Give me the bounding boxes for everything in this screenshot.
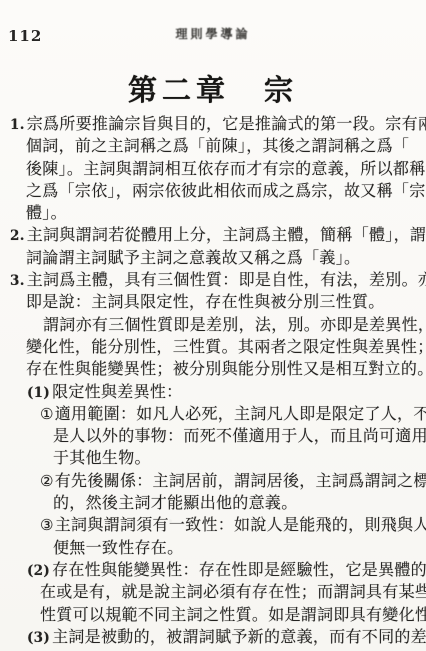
line-text: 變化性，能分別性，三性質。其兩者之限定性與差異性；: [26, 337, 426, 356]
line-text: 存在性與能變異性：存在性即是經驗性，它是異體的存: [52, 560, 426, 579]
text-line: ③主詞與謂詞須有一致性：如說人是能飛的，則飛與人: [0, 514, 422, 536]
line-text: 謂詞亦有三個性質即是差別，法，別。亦即是差異性，: [43, 315, 426, 334]
line-text: 主詞爲主體，具有三個性質：即是自性，有法，差別。亦: [27, 270, 426, 289]
text-line: 存在性與能變異性；被分別與能分別性又是相互對立的。: [0, 358, 422, 380]
line-text: 主詞是被動的，被謂詞賦予新的意義，而有不同的差別: [52, 627, 426, 646]
list-marker: 2.: [10, 228, 25, 244]
text-line: 個詞，前之主詞稱之爲「前陳」，其後之謂詞稱之爲「: [0, 135, 422, 157]
line-text: 便無一致性存在。: [53, 538, 183, 557]
line-text: 詞論謂主詞賦予主詞之意義故又稱之爲「義」。: [26, 248, 360, 267]
text-line: 在或是有，就是說主詞必須有存在性；而謂詞具有某些: [0, 581, 422, 603]
line-text: 體」。: [26, 203, 67, 222]
text-line: 後陳」。主詞與謂詞相互依存而才有宗的意義，所以都稱: [0, 158, 422, 180]
line-text: 宗爲所要推論宗旨與目的，它是推論式的第一段。宗有兩: [27, 114, 426, 133]
text-line: 詞論謂主詞賦予主詞之意義故又稱之爲「義」。: [0, 247, 422, 269]
text-line: (3)主詞是被動的，被謂詞賦予新的意義，而有不同的差別: [0, 626, 422, 648]
text-line: 體」。: [0, 202, 422, 224]
line-text: 的，然後主詞才能顯出他的意義。: [53, 493, 298, 512]
line-text: 之爲「宗依」，兩宗依彼此相依而成之爲宗，故又稱「宗: [26, 181, 426, 200]
line-text: 是人以外的事物：而死不僅適用于人，而且尚可適用: [53, 426, 426, 445]
line-text: 即是說：主詞具限定性，存在性與被分別三性質。: [26, 292, 385, 311]
text-line: 變化性，能分別性，三性質。其兩者之限定性與差異性；: [0, 336, 422, 358]
line-text: 主詞與謂詞若從體用上分，主詞爲主體，簡稱「體」，謂: [27, 225, 426, 244]
text-line: 3.主詞爲主體，具有三個性質：即是自性，有法，差別。亦: [0, 269, 422, 291]
line-text: 主詞與謂詞須有一致性：如說人是能飛的，則飛與人: [55, 515, 426, 534]
list-marker: ③: [40, 516, 54, 534]
list-marker: (1): [27, 385, 50, 401]
line-text: 適用範圍：如凡人必死，主詞凡人即是限定了人，不: [55, 404, 426, 423]
text-line: (2)存在性與能變異性：存在性即是經驗性，它是異體的存: [0, 559, 422, 581]
line-text: 有先後關係：主詞居前，謂詞居後，主詞爲謂詞之標: [55, 471, 426, 490]
line-text: 個詞，前之主詞稱之爲「前陳」，其後之謂詞稱之爲「: [26, 136, 409, 155]
text-line: 2.主詞與謂詞若從體用上分，主詞爲主體，簡稱「體」，謂: [0, 224, 422, 246]
list-marker: 1.: [10, 117, 25, 133]
list-marker: 3.: [10, 273, 25, 289]
line-text: 限定性與差異性：: [52, 382, 182, 401]
text-line: ②有先後關係：主詞居前，謂詞居後，主詞爲謂詞之標: [0, 470, 422, 492]
text-line: (1)限定性與差異性：: [0, 381, 422, 403]
text-line: 1.宗爲所要推論宗旨與目的，它是推論式的第一段。宗有兩: [0, 113, 422, 135]
text-line: 之爲「宗依」，兩宗依彼此相依而成之爲宗，故又稱「宗: [0, 180, 422, 202]
line-text: 存在性與能變異性；被分別與能分別性又是相互對立的。: [26, 359, 426, 378]
line-text: 在或是有，就是說主詞必須有存在性；而謂詞具有某些: [40, 582, 426, 601]
list-marker: (3): [27, 630, 50, 646]
text-line: 即是說：主詞具限定性，存在性與被分別三性質。: [0, 291, 422, 313]
line-text: 于其他生物。: [53, 448, 151, 467]
text-line: 于其他生物。: [0, 447, 422, 469]
list-marker: ②: [40, 472, 54, 490]
text-line: 是人以外的事物：而死不僅適用于人，而且尚可適用: [0, 425, 422, 447]
text-line: 的，然後主詞才能顯出他的意義。: [0, 492, 422, 514]
chapter-title: 第二章 宗: [0, 68, 426, 109]
scanned-book-page: 112 理則學導論 第二章 宗 1.宗爲所要推論宗旨與目的，它是推論式的第一段。…: [0, 0, 426, 651]
text-line: ①適用範圍：如凡人必死，主詞凡人即是限定了人，不: [0, 403, 422, 425]
line-text: 性質可以規範不同主詞之性質。如是謂詞即具有變化性。: [40, 605, 426, 624]
running-header: 理則學導論: [0, 25, 426, 42]
body-text: 1.宗爲所要推論宗旨與目的，它是推論式的第一段。宗有兩 個詞，前之主詞稱之爲「前…: [0, 113, 422, 648]
line-text: 後陳」。主詞與謂詞相互依存而才有宗的意義，所以都稱: [26, 159, 426, 178]
list-marker: ①: [40, 405, 54, 423]
list-marker: (2): [27, 563, 50, 579]
text-line: 謂詞亦有三個性質即是差別，法，別。亦即是差異性，: [0, 314, 422, 336]
text-line: 便無一致性存在。: [0, 537, 422, 559]
text-line: 性質可以規範不同主詞之性質。如是謂詞即具有變化性。: [0, 604, 422, 626]
